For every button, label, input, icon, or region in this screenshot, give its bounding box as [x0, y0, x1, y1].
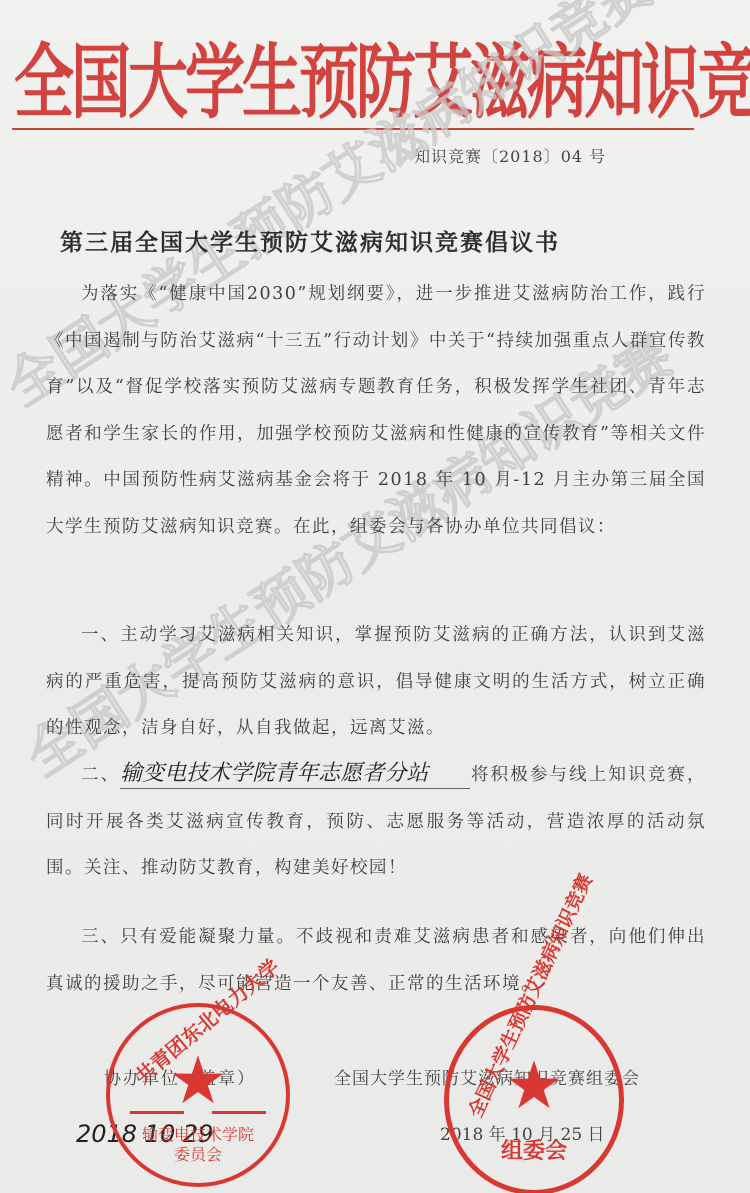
seal-bottom-text: 组委会	[449, 1142, 619, 1162]
item-one-paragraph: 一、主动学习艾滋病相关知识，掌握预防艾滋病的正确方法，认识到艾滋病的严重危害，提…	[46, 612, 706, 752]
co-organizer-label: 协办单位（盖章）	[104, 1064, 256, 1089]
handwritten-unit-name: 输变电技术学院青年志愿者分站	[120, 760, 470, 789]
item-three-paragraph: 三、只有爱能凝聚力量。不歧视和责难艾滋病患者和感染者，向他们伸出真诚的援助之手，…	[46, 914, 706, 1007]
item-two-paragraph: 二、输变电技术学院青年志愿者分站将积极参与线上知识竞赛，同时开展各类艾滋病宣传教…	[46, 752, 706, 892]
item-two-prefix: 二、	[81, 765, 120, 785]
right-official-seal: 全国大学生预防艾滋病知识竞赛 ★ 组委会	[444, 1005, 624, 1193]
intro-paragraph: 为落实《“健康中国2030”规划纲要》，进一步推进艾滋病防治工作，践行《中国遏制…	[46, 271, 706, 550]
issue-date: 2018 年 10 月 25 日	[440, 1120, 605, 1145]
left-official-seal: 共青团东北电力大学 ★ 输变电技术学院 委员会	[106, 1003, 290, 1187]
seal-bar	[130, 1111, 184, 1114]
document-title: 第三届全国大学生预防艾滋病知识竞赛倡议书	[60, 224, 560, 257]
red-divider	[12, 128, 694, 130]
organizer-name: 全国大学生预防艾滋病知识竞赛组委会	[334, 1064, 640, 1089]
seal-bar	[212, 1111, 266, 1114]
handwritten-date: 2018 10 29	[76, 1120, 213, 1148]
masthead-title: 全国大学生预防艾滋病知识竞赛组委会文件	[14, 4, 714, 163]
document-number: 知识竞赛〔2018〕04 号	[414, 144, 606, 167]
